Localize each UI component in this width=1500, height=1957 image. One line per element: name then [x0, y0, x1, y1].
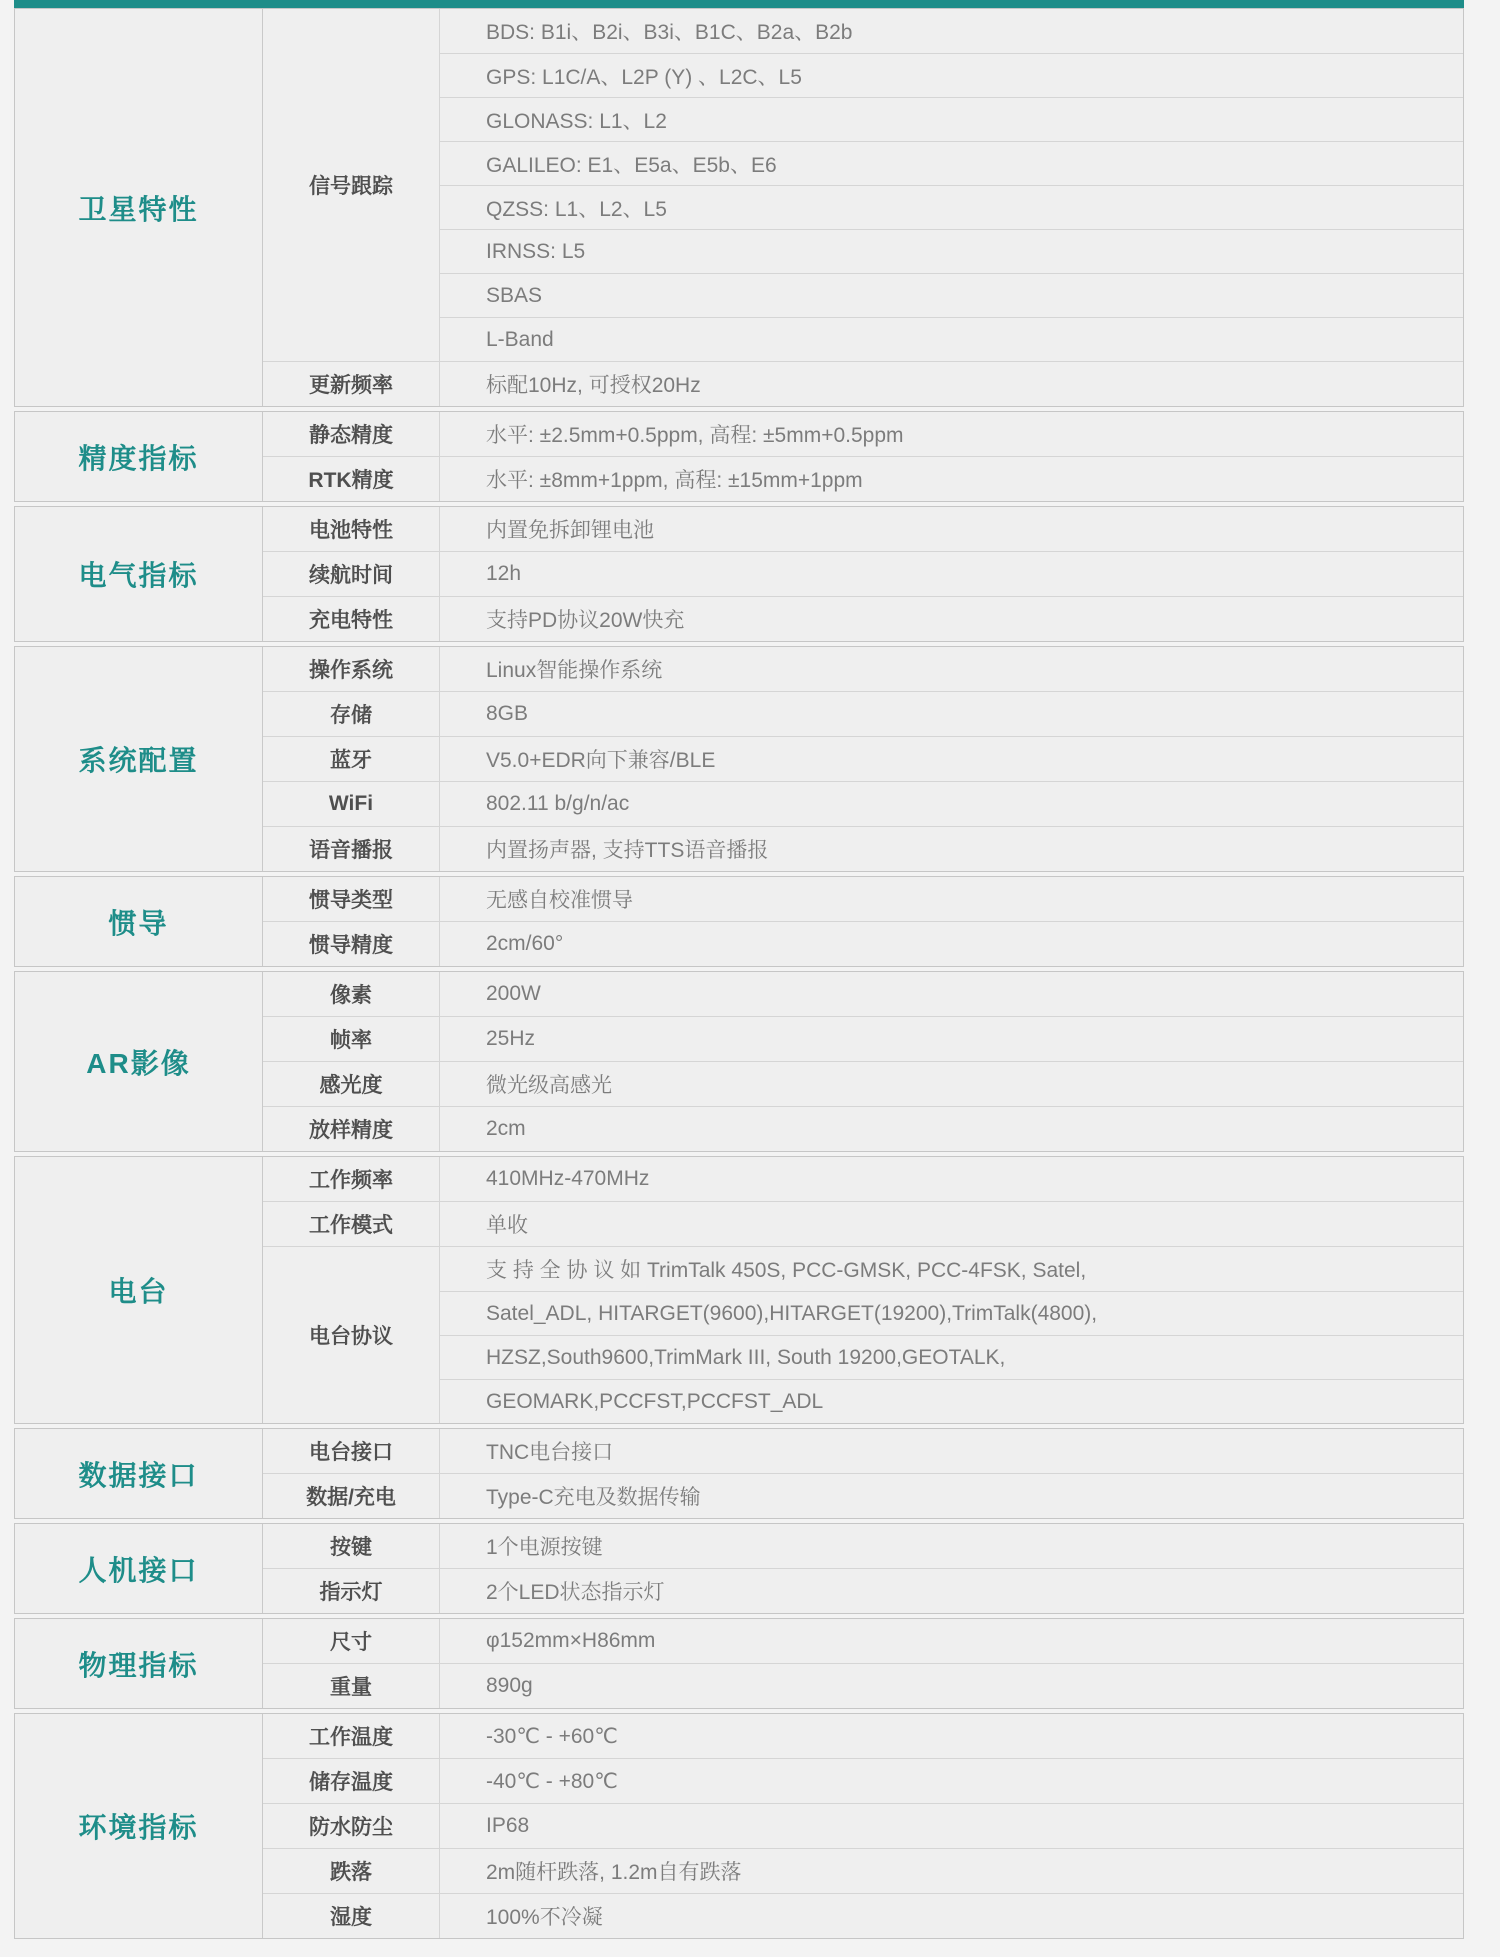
spec-value-line: 单收	[440, 1202, 1463, 1246]
spec-value-line: 微光级高感光	[440, 1062, 1463, 1106]
spec-label-cell: 防水防尘	[263, 1804, 440, 1848]
section-rows: 按键1个电源按键指示灯2个LED状态指示灯	[263, 1524, 1463, 1613]
spec-value-cell: 水平: ±2.5mm+0.5ppm, 高程: ±5mm+0.5ppm	[440, 412, 1463, 456]
category-cell: 精度指标	[15, 412, 263, 501]
spec-page: 卫星特性信号跟踪BDS: B1i、B2i、B3i、B1C、B2a、B2bGPS:…	[0, 0, 1500, 1957]
spec-value-line: L-Band	[440, 317, 1463, 361]
section-rows: 惯导类型无感自校准惯导惯导精度2cm/60°	[263, 877, 1463, 966]
spec-value-line: 802.11 b/g/n/ac	[440, 782, 1463, 826]
spec-label-cell: 存储	[263, 692, 440, 736]
spec-row: 工作模式单收	[263, 1201, 1463, 1246]
spec-section: 人机接口按键1个电源按键指示灯2个LED状态指示灯	[14, 1523, 1464, 1614]
spec-row: 信号跟踪BDS: B1i、B2i、B3i、B1C、B2a、B2bGPS: L1C…	[263, 9, 1463, 361]
spec-value-line: 200W	[440, 972, 1463, 1016]
spec-value-line: SBAS	[440, 273, 1463, 317]
spec-row: 电台接口TNC电台接口	[263, 1429, 1463, 1473]
spec-value-line: IRNSS: L5	[440, 229, 1463, 273]
spec-row: 湿度100%不冷凝	[263, 1893, 1463, 1938]
spec-value-line: -40℃ - +80℃	[440, 1759, 1463, 1803]
section-rows: 工作温度-30℃ - +60℃储存温度-40℃ - +80℃防水防尘IP68跌落…	[263, 1714, 1463, 1938]
spec-value-cell: 1个电源按键	[440, 1524, 1463, 1568]
spec-label-cell: 惯导精度	[263, 922, 440, 966]
spec-value-cell: Linux智能操作系统	[440, 647, 1463, 691]
spec-value-line: GLONASS: L1、L2	[440, 97, 1463, 141]
spec-value-line: 2cm/60°	[440, 922, 1463, 966]
spec-value-cell: 支持PD协议20W快充	[440, 597, 1463, 641]
spec-row: 电池特性内置免拆卸锂电池	[263, 507, 1463, 551]
spec-value-line: 2个LED状态指示灯	[440, 1569, 1463, 1613]
spec-label-cell: 电台协议	[263, 1247, 440, 1423]
spec-value-line: 8GB	[440, 692, 1463, 736]
spec-value-cell: 单收	[440, 1202, 1463, 1246]
spec-section: 数据接口电台接口TNC电台接口数据/充电Type-C充电及数据传输	[14, 1428, 1464, 1519]
section-rows: 电池特性内置免拆卸锂电池续航时间12h充电特性支持PD协议20W快充	[263, 507, 1463, 641]
spec-value-line: 支 持 全 协 议 如 TrimTalk 450S, PCC-GMSK, PCC…	[440, 1247, 1463, 1291]
spec-row: 工作频率410MHz-470MHz	[263, 1157, 1463, 1201]
spec-row: 静态精度水平: ±2.5mm+0.5ppm, 高程: ±5mm+0.5ppm	[263, 412, 1463, 456]
spec-value-line: GALILEO: E1、E5a、E5b、E6	[440, 141, 1463, 185]
spec-value-line: 12h	[440, 552, 1463, 596]
spec-table-wrap: 卫星特性信号跟踪BDS: B1i、B2i、B3i、B1C、B2a、B2bGPS:…	[14, 0, 1464, 1939]
spec-value-line: QZSS: L1、L2、L5	[440, 185, 1463, 229]
spec-row: 按键1个电源按键	[263, 1524, 1463, 1568]
spec-value-line: 1个电源按键	[440, 1524, 1463, 1568]
spec-value-line: 支持PD协议20W快充	[440, 597, 1463, 641]
spec-section: 物理指标尺寸φ152mm×H86mm重量890g	[14, 1618, 1464, 1709]
spec-label-cell: 操作系统	[263, 647, 440, 691]
spec-value-cell: φ152mm×H86mm	[440, 1619, 1463, 1663]
spec-value-cell: -30℃ - +60℃	[440, 1714, 1463, 1758]
spec-value-line: 水平: ±8mm+1ppm, 高程: ±15mm+1ppm	[440, 457, 1463, 501]
spec-value-cell: 无感自校准惯导	[440, 877, 1463, 921]
spec-value-line: Satel_ADL, HITARGET(9600),HITARGET(19200…	[440, 1291, 1463, 1335]
category-cell: AR影像	[15, 972, 263, 1151]
spec-value-cell: 100%不冷凝	[440, 1894, 1463, 1938]
spec-row: 数据/充电Type-C充电及数据传输	[263, 1473, 1463, 1518]
spec-section: 卫星特性信号跟踪BDS: B1i、B2i、B3i、B1C、B2a、B2bGPS:…	[14, 8, 1464, 407]
spec-value-cell: 内置扬声器, 支持TTS语音播报	[440, 827, 1463, 871]
spec-value-line: 2m随杆跌落, 1.2m自有跌落	[440, 1849, 1463, 1893]
category-cell: 系统配置	[15, 647, 263, 871]
spec-label-cell: 续航时间	[263, 552, 440, 596]
spec-value-cell: 410MHz-470MHz	[440, 1157, 1463, 1201]
spec-value-line: 410MHz-470MHz	[440, 1157, 1463, 1201]
section-rows: 信号跟踪BDS: B1i、B2i、B3i、B1C、B2a、B2bGPS: L1C…	[263, 9, 1463, 406]
spec-value-cell: BDS: B1i、B2i、B3i、B1C、B2a、B2bGPS: L1C/A、L…	[440, 9, 1463, 361]
spec-value-cell: IP68	[440, 1804, 1463, 1848]
spec-value-line: -30℃ - +60℃	[440, 1714, 1463, 1758]
spec-value-line: HZSZ,South9600,TrimMark III, South 19200…	[440, 1335, 1463, 1379]
spec-label-cell: 更新频率	[263, 362, 440, 406]
spec-row: 重量890g	[263, 1663, 1463, 1708]
spec-value-line: IP68	[440, 1804, 1463, 1848]
category-cell: 卫星特性	[15, 9, 263, 406]
spec-value-line: 890g	[440, 1664, 1463, 1708]
spec-value-line: BDS: B1i、B2i、B3i、B1C、B2a、B2b	[440, 9, 1463, 53]
spec-label-cell: 储存温度	[263, 1759, 440, 1803]
spec-section: 精度指标静态精度水平: ±2.5mm+0.5ppm, 高程: ±5mm+0.5p…	[14, 411, 1464, 502]
spec-row: 像素200W	[263, 972, 1463, 1016]
spec-value-line: GPS: L1C/A、L2P (Y) 、L2C、L5	[440, 53, 1463, 97]
spec-label-cell: 放样精度	[263, 1107, 440, 1151]
spec-value-cell: V5.0+EDR向下兼容/BLE	[440, 737, 1463, 781]
spec-row: 惯导精度2cm/60°	[263, 921, 1463, 966]
spec-value-cell: 2m随杆跌落, 1.2m自有跌落	[440, 1849, 1463, 1893]
spec-section: 电气指标电池特性内置免拆卸锂电池续航时间12h充电特性支持PD协议20W快充	[14, 506, 1464, 642]
spec-label-cell: 蓝牙	[263, 737, 440, 781]
spec-label-cell: WiFi	[263, 782, 440, 826]
spec-row: 充电特性支持PD协议20W快充	[263, 596, 1463, 641]
spec-value-line: 标配10Hz, 可授权20Hz	[440, 362, 1463, 406]
spec-section: 系统配置操作系统Linux智能操作系统存储8GB蓝牙V5.0+EDR向下兼容/B…	[14, 646, 1464, 872]
spec-value-cell: 2cm	[440, 1107, 1463, 1151]
spec-label-cell: 像素	[263, 972, 440, 1016]
category-cell: 环境指标	[15, 1714, 263, 1938]
spec-value-cell: 25Hz	[440, 1017, 1463, 1061]
section-rows: 尺寸φ152mm×H86mm重量890g	[263, 1619, 1463, 1708]
spec-row: 操作系统Linux智能操作系统	[263, 647, 1463, 691]
spec-row: 续航时间12h	[263, 551, 1463, 596]
spec-value-cell: 水平: ±8mm+1ppm, 高程: ±15mm+1ppm	[440, 457, 1463, 501]
spec-table: 卫星特性信号跟踪BDS: B1i、B2i、B3i、B1C、B2a、B2bGPS:…	[14, 8, 1464, 1939]
spec-value-line: GEOMARK,PCCFST,PCCFST_ADL	[440, 1379, 1463, 1423]
spec-value-line: 100%不冷凝	[440, 1894, 1463, 1938]
spec-value-cell: 2个LED状态指示灯	[440, 1569, 1463, 1613]
spec-row: 惯导类型无感自校准惯导	[263, 877, 1463, 921]
spec-row: 放样精度2cm	[263, 1106, 1463, 1151]
spec-section: 惯导惯导类型无感自校准惯导惯导精度2cm/60°	[14, 876, 1464, 967]
spec-label-cell: 电池特性	[263, 507, 440, 551]
spec-value-cell: 802.11 b/g/n/ac	[440, 782, 1463, 826]
spec-row: 储存温度-40℃ - +80℃	[263, 1758, 1463, 1803]
spec-value-line: 水平: ±2.5mm+0.5ppm, 高程: ±5mm+0.5ppm	[440, 412, 1463, 456]
spec-value-cell: 内置免拆卸锂电池	[440, 507, 1463, 551]
spec-label-cell: 跌落	[263, 1849, 440, 1893]
spec-label-cell: 湿度	[263, 1894, 440, 1938]
spec-label-cell: 工作模式	[263, 1202, 440, 1246]
spec-value-cell: 2cm/60°	[440, 922, 1463, 966]
spec-label-cell: 电台接口	[263, 1429, 440, 1473]
spec-value-line: 内置免拆卸锂电池	[440, 507, 1463, 551]
spec-label-cell: 工作频率	[263, 1157, 440, 1201]
spec-label-cell: 指示灯	[263, 1569, 440, 1613]
spec-label-cell: 惯导类型	[263, 877, 440, 921]
spec-value-cell: 200W	[440, 972, 1463, 1016]
spec-row: 工作温度-30℃ - +60℃	[263, 1714, 1463, 1758]
category-cell: 物理指标	[15, 1619, 263, 1708]
spec-value-cell: 支 持 全 协 议 如 TrimTalk 450S, PCC-GMSK, PCC…	[440, 1247, 1463, 1423]
spec-label-cell: 数据/充电	[263, 1474, 440, 1518]
spec-label-cell: 重量	[263, 1664, 440, 1708]
section-rows: 操作系统Linux智能操作系统存储8GB蓝牙V5.0+EDR向下兼容/BLEWi…	[263, 647, 1463, 871]
section-rows: 工作频率410MHz-470MHz工作模式单收电台协议支 持 全 协 议 如 T…	[263, 1157, 1463, 1423]
spec-row: 蓝牙V5.0+EDR向下兼容/BLE	[263, 736, 1463, 781]
spec-value-cell: Type-C充电及数据传输	[440, 1474, 1463, 1518]
category-cell: 电气指标	[15, 507, 263, 641]
spec-row: WiFi802.11 b/g/n/ac	[263, 781, 1463, 826]
spec-label-cell: 充电特性	[263, 597, 440, 641]
spec-value-cell: TNC电台接口	[440, 1429, 1463, 1473]
spec-label-cell: 工作温度	[263, 1714, 440, 1758]
spec-label-cell: 按键	[263, 1524, 440, 1568]
spec-label-cell: RTK精度	[263, 457, 440, 501]
category-cell: 人机接口	[15, 1524, 263, 1613]
section-rows: 静态精度水平: ±2.5mm+0.5ppm, 高程: ±5mm+0.5ppmRT…	[263, 412, 1463, 501]
category-cell: 电台	[15, 1157, 263, 1423]
spec-row: 更新频率标配10Hz, 可授权20Hz	[263, 361, 1463, 406]
spec-value-line: φ152mm×H86mm	[440, 1619, 1463, 1663]
spec-row: 语音播报内置扬声器, 支持TTS语音播报	[263, 826, 1463, 871]
spec-label-cell: 尺寸	[263, 1619, 440, 1663]
spec-value-cell: 标配10Hz, 可授权20Hz	[440, 362, 1463, 406]
spec-value-cell: 8GB	[440, 692, 1463, 736]
spec-row: 帧率25Hz	[263, 1016, 1463, 1061]
spec-row: 存储8GB	[263, 691, 1463, 736]
top-accent-bar	[14, 0, 1464, 8]
spec-row: 尺寸φ152mm×H86mm	[263, 1619, 1463, 1663]
spec-value-cell: 890g	[440, 1664, 1463, 1708]
spec-row: 感光度微光级高感光	[263, 1061, 1463, 1106]
spec-value-line: 25Hz	[440, 1017, 1463, 1061]
spec-row: 防水防尘IP68	[263, 1803, 1463, 1848]
category-cell: 惯导	[15, 877, 263, 966]
spec-value-cell: 12h	[440, 552, 1463, 596]
spec-section: 电台工作频率410MHz-470MHz工作模式单收电台协议支 持 全 协 议 如…	[14, 1156, 1464, 1424]
spec-value-line: 内置扬声器, 支持TTS语音播报	[440, 827, 1463, 871]
spec-value-line: 无感自校准惯导	[440, 877, 1463, 921]
spec-label-cell: 静态精度	[263, 412, 440, 456]
spec-value-line: 2cm	[440, 1107, 1463, 1151]
spec-value-cell: 微光级高感光	[440, 1062, 1463, 1106]
spec-section: 环境指标工作温度-30℃ - +60℃储存温度-40℃ - +80℃防水防尘IP…	[14, 1713, 1464, 1939]
spec-row: 指示灯2个LED状态指示灯	[263, 1568, 1463, 1613]
spec-value-line: Linux智能操作系统	[440, 647, 1463, 691]
spec-value-cell: -40℃ - +80℃	[440, 1759, 1463, 1803]
section-rows: 电台接口TNC电台接口数据/充电Type-C充电及数据传输	[263, 1429, 1463, 1518]
spec-row: RTK精度水平: ±8mm+1ppm, 高程: ±15mm+1ppm	[263, 456, 1463, 501]
category-cell: 数据接口	[15, 1429, 263, 1518]
spec-row: 跌落2m随杆跌落, 1.2m自有跌落	[263, 1848, 1463, 1893]
spec-row: 电台协议支 持 全 协 议 如 TrimTalk 450S, PCC-GMSK,…	[263, 1246, 1463, 1423]
spec-label-cell: 感光度	[263, 1062, 440, 1106]
spec-label-cell: 信号跟踪	[263, 9, 440, 361]
spec-label-cell: 帧率	[263, 1017, 440, 1061]
spec-label-cell: 语音播报	[263, 827, 440, 871]
spec-value-line: Type-C充电及数据传输	[440, 1474, 1463, 1518]
spec-section: AR影像像素200W帧率25Hz感光度微光级高感光放样精度2cm	[14, 971, 1464, 1152]
spec-value-line: V5.0+EDR向下兼容/BLE	[440, 737, 1463, 781]
section-rows: 像素200W帧率25Hz感光度微光级高感光放样精度2cm	[263, 972, 1463, 1151]
spec-value-line: TNC电台接口	[440, 1429, 1463, 1473]
